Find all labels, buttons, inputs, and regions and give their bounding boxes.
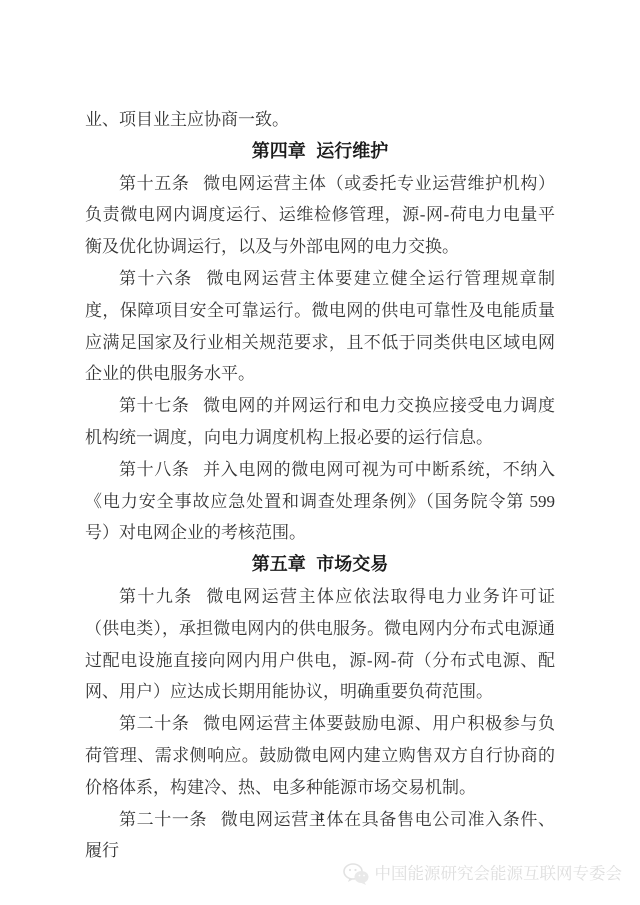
article-paragraph-17: 第十七条微电网的并网运行和电力交换应接受电力调度机构统一调度，向电力调度机构上报… xyxy=(85,390,555,454)
article-paragraph-15: 第十五条微电网运营主体（或委托专业运营维护机构）负责微电网内调度运行、运维检修管… xyxy=(85,168,555,263)
footer-watermark: 中国能源研究会能源互联网专委会 xyxy=(343,860,623,888)
document-page: 业、项目业主应协商一致。 第四章 运行维护 第十五条微电网运营主体（或委托专业运… xyxy=(0,0,640,905)
article-paragraph-16: 第十六条微电网运营主体要建立健全运行管理规章制度，保障项目安全可靠运行。微电网的… xyxy=(85,263,555,390)
document-content: 业、项目业主应协商一致。 第四章 运行维护 第十五条微电网运营主体（或委托专业运… xyxy=(85,104,555,867)
article-label: 第十七条 xyxy=(119,396,190,415)
chapter-5-heading: 第五章 市场交易 xyxy=(85,549,555,581)
article-label: 第十八条 xyxy=(119,460,190,479)
chapter-4-heading: 第四章 运行维护 xyxy=(85,136,555,168)
article-label: 第十六条 xyxy=(119,269,193,288)
article-paragraph-18: 第十八条并入电网的微电网可视为可中断系统，不纳入《电力安全事故应急处置和调查处理… xyxy=(85,454,555,549)
article-label: 第十五条 xyxy=(119,174,190,193)
article-label: 第十九条 xyxy=(119,587,193,606)
article-label: 第二十条 xyxy=(119,714,190,733)
watermark-text: 中国能源研究会能源互联网专委会 xyxy=(375,860,623,888)
article-paragraph-19: 第十九条微电网运营主体应依法取得电力业务许可证（供电类），承担微电网内的供电服务… xyxy=(85,581,555,708)
article-paragraph-20: 第二十条微电网运营主体要鼓励电源、用户积极参与负荷管理、需求侧响应。鼓励微电网内… xyxy=(85,708,555,803)
wechat-icon xyxy=(343,862,369,886)
page-number: 4 xyxy=(0,806,640,830)
continuation-paragraph: 业、项目业主应协商一致。 xyxy=(85,104,555,136)
